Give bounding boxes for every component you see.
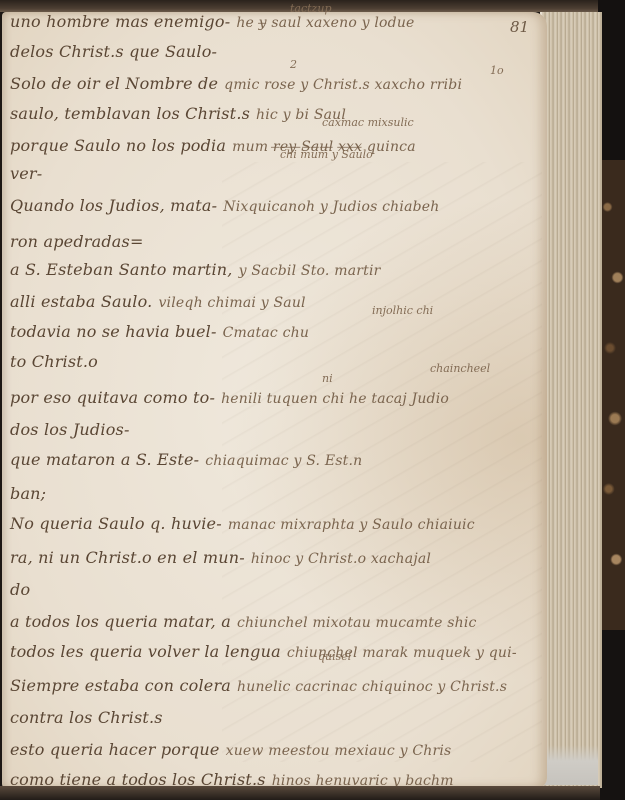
spanish-text: todavia no se havia buel- — [10, 322, 217, 341]
book-cover-board-lower — [598, 630, 625, 800]
manuscript-line: alli estaba Saulo.vileqh chimai y Saul — [10, 292, 306, 311]
spanish-text: delos Christ.s que Saulo- — [10, 42, 217, 61]
interlinear-note: 1o — [490, 64, 504, 77]
manuscript-line: delos Christ.s que Saulo- — [10, 42, 223, 61]
manuscript-line: todavia no se havia buel-Cmatac chu — [10, 322, 309, 341]
indigenous-gloss: manac mixraphta y Saulo chiaiuic — [228, 517, 475, 533]
spanish-text: Solo de oir el Nombre de — [10, 74, 218, 93]
manuscript-line: ron apedradas= — [10, 232, 150, 251]
spanish-text: to Christ.o — [10, 352, 98, 371]
book-bottom-edge — [0, 786, 600, 800]
manuscript-line: todos les queria volver la lenguachiunch… — [10, 642, 517, 661]
spanish-text: No queria Saulo q. huvie- — [10, 514, 222, 533]
manuscript-line: a todos los queria matar, achiunchel mix… — [10, 612, 477, 631]
indigenous-gloss: Cmatac chu — [223, 325, 309, 341]
spanish-text: ver- — [10, 164, 42, 183]
indigenous-gloss: henili tuquen chi he tacaj Judio — [221, 391, 449, 407]
indigenous-gloss: chiaquimac y S. Est.n — [205, 453, 362, 469]
manuscript-line: Siempre estaba con colerahunelic cacrina… — [10, 676, 507, 695]
spanish-text: que mataron a S. Este- — [10, 450, 199, 469]
manuscript-line: por eso quitava como to-henili tuquen ch… — [10, 388, 449, 407]
interlinear-note: chaincheel — [430, 362, 490, 375]
spanish-text: saulo, temblavan los Christ.s — [10, 104, 250, 123]
manuscript-line: Solo de oir el Nombre deqmic rose y Chri… — [10, 74, 462, 93]
spanish-text: dos los Judios- — [10, 420, 130, 439]
spanish-text: alli estaba Saulo. — [10, 292, 152, 311]
interlinear-note: chi mum y Saulo — [280, 148, 373, 161]
manuscript-line: contra los Christ.s — [10, 708, 169, 727]
indigenous-gloss: chiunchel mixotau mucamte shic — [237, 615, 477, 631]
spanish-text: ra, ni un Christ.o en el mun- — [10, 548, 245, 567]
indigenous-gloss: hinoc y Christ.o xachajal — [251, 551, 431, 567]
spanish-text: uno hombre mas enemigo- — [10, 12, 230, 31]
indigenous-gloss: qmic rose y Christ.s xaxcho rribi — [224, 77, 462, 93]
interlinear-note: 2 — [290, 58, 297, 71]
manuscript-line: do — [10, 580, 36, 599]
manuscript-line: esto queria hacer porquexuew meestou mex… — [10, 740, 451, 759]
interlinear-note: ni — [322, 372, 333, 385]
spanish-text: a S. Esteban Santo martin, — [10, 260, 233, 279]
manuscript-line: ra, ni un Christ.o en el mun-hinoc y Chr… — [10, 548, 431, 567]
interlinear-note: injolhic chi — [372, 304, 433, 317]
manuscript-line: ver- — [10, 164, 48, 183]
manuscript-line: uno hombre mas enemigo-he y̶ saul xaxeno… — [10, 12, 415, 31]
spanish-text: contra los Christ.s — [10, 708, 163, 727]
interlinear-note: quisel — [318, 650, 351, 663]
indigenous-gloss: xuew meestou mexiauc y Chris — [226, 743, 452, 759]
spanish-text: Siempre estaba con colera — [10, 676, 231, 695]
spanish-text: porque Saulo no los podia — [10, 136, 226, 155]
folio-number: 81 — [510, 18, 529, 36]
page-block-corner — [540, 745, 598, 785]
manuscript-line: to Christ.o — [10, 352, 104, 371]
manuscript-line: saulo, temblavan los Christ.shic y bi Sa… — [10, 104, 346, 123]
book-cover-board — [598, 0, 625, 160]
spanish-text: ron apedradas= — [10, 232, 144, 251]
spanish-text: esto queria hacer porque — [10, 740, 220, 759]
indigenous-gloss: Nixquicanoh y Judios chiabeh — [223, 199, 439, 215]
interlinear-note: tactzup — [290, 2, 331, 15]
manuscript-line: No queria Saulo q. huvie-manac mixraphta… — [10, 514, 475, 533]
manuscript-line: Quando los Judios, mata-Nixquicanoh y Ju… — [10, 196, 439, 215]
indigenous-gloss: y Sacbil Sto. martir — [239, 263, 381, 279]
indigenous-gloss: hunelic cacrinac chiquinoc y Christ.s — [237, 679, 507, 695]
interlinear-note: caxmac mixsulic — [322, 116, 414, 129]
manuscript-line: ban; — [10, 484, 52, 503]
manuscript-line: dos los Judios- — [10, 420, 136, 439]
spanish-text: a todos los queria matar, a — [10, 612, 231, 631]
manuscript-scan: 81 uno hombre mas enemigo-he y̶ saul xax… — [0, 0, 625, 800]
spanish-text: ban; — [10, 484, 46, 503]
spanish-text: do — [10, 580, 30, 599]
page-block-fore-edge — [540, 12, 602, 788]
marbled-cover-board — [600, 160, 625, 630]
manuscript-line: que mataron a S. Este-chiaquimac y S. Es… — [10, 450, 362, 469]
manuscript-line: a S. Esteban Santo martin,y Sacbil Sto. … — [10, 260, 381, 279]
spanish-text: todos les queria volver la lengua — [10, 642, 281, 661]
spanish-text: por eso quitava como to- — [10, 388, 215, 407]
indigenous-gloss: vileqh chimai y Saul — [158, 295, 305, 311]
spanish-text: Quando los Judios, mata- — [10, 196, 217, 215]
indigenous-gloss: he y̶ saul xaxeno y lodue — [236, 15, 414, 31]
